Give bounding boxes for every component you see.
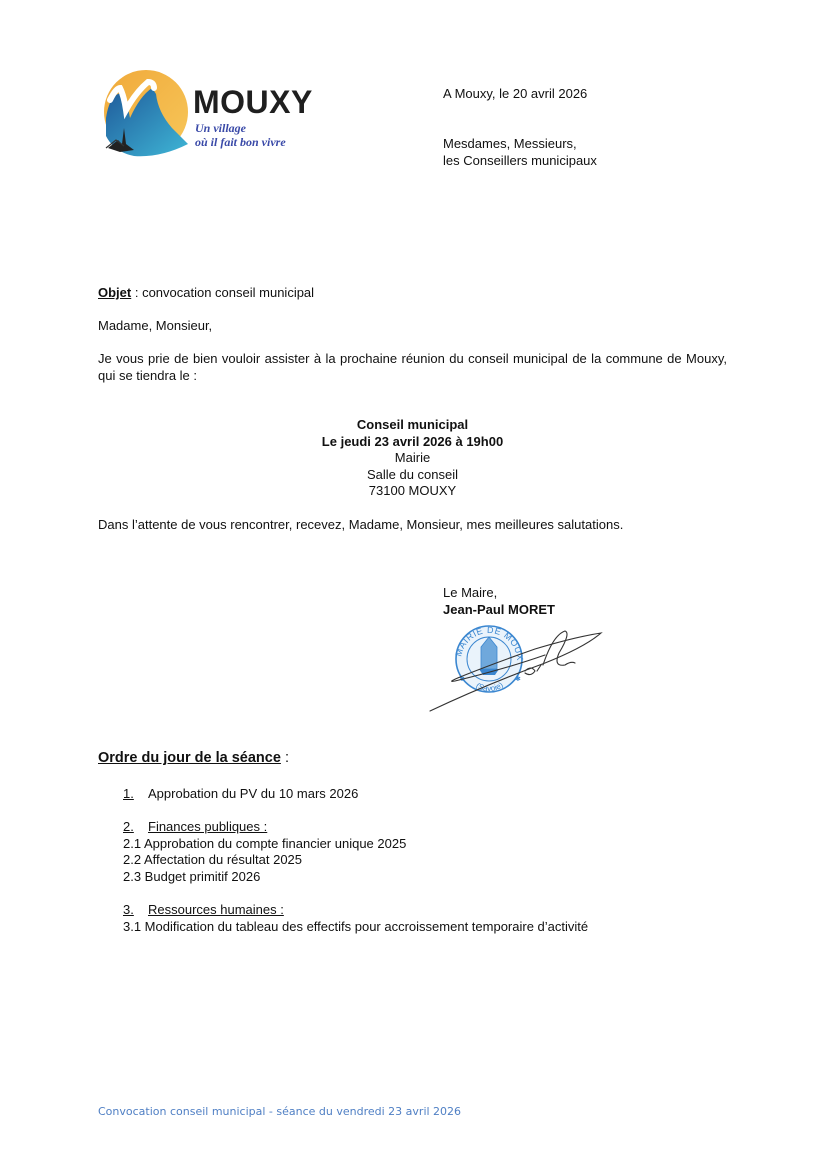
meeting-datetime: Le jeudi 23 avril 2026 à 19h00 [98, 434, 727, 451]
logo-tagline-1: Un village [195, 121, 246, 136]
intro-text: Je vous prie de bien vouloir assister à … [98, 351, 727, 384]
signer-role: Le Maire, [443, 584, 555, 601]
agenda-item-2: 2.Finances publiques : [123, 819, 267, 836]
recipients-block: Mesdames, Messieurs, les Conseillers mun… [443, 136, 597, 169]
date-line: A Mouxy, le 20 avril 2026 [443, 86, 587, 103]
signer-name: Jean-Paul MORET [443, 601, 555, 618]
meeting-place: Mairie [98, 450, 727, 467]
agenda-title: Ordre du jour de la séance : [98, 750, 289, 767]
agenda-item-number: 1. [123, 786, 148, 803]
logo-tagline-2: où il fait bon vivre [195, 135, 286, 150]
agenda-item-label: Ressources humaines : [148, 902, 284, 917]
agenda-subitem: 3.1 Modification du tableau des effectif… [123, 919, 588, 936]
mouxy-emblem-icon [100, 66, 192, 162]
mairie-stamp-icon: MAIRIE DE MOUXY (Savoie) ✱ ✱ [425, 625, 525, 693]
recipients-line-1: Mesdames, Messieurs, [443, 136, 597, 153]
agenda-item-1: 1.Approbation du PV du 10 mars 2026 [123, 786, 358, 803]
agenda-title-text: Ordre du jour de la séance [98, 750, 281, 766]
agenda-item-number: 3. [123, 902, 148, 919]
agenda-title-suffix: : [281, 750, 289, 766]
svg-text:✱: ✱ [515, 675, 521, 683]
agenda-subitem: 2.1 Approbation du compte financier uniq… [123, 836, 406, 853]
agenda-subitem: 2.3 Budget primitif 2026 [123, 869, 260, 886]
signer-block: Le Maire, Jean-Paul MORET [443, 584, 555, 618]
closing-formula: Dans l’attente de vous rencontrer, recev… [98, 517, 623, 534]
meeting-details: Conseil municipal Le jeudi 23 avril 2026… [98, 417, 727, 500]
subject-label: Objet [98, 285, 131, 300]
subject-text: : convocation conseil municipal [131, 285, 314, 300]
salutation: Madame, Monsieur, [98, 318, 212, 335]
agenda-item-3: 3.Ressources humaines : [123, 902, 284, 919]
mouxy-logo: MOUXY Un village où il fait bon vivre [100, 66, 320, 162]
intro-paragraph: Je vous prie de bien vouloir assister à … [98, 351, 727, 384]
agenda-item-number: 2. [123, 819, 148, 836]
logo-wordmark: MOUXY [193, 84, 313, 121]
stamp-and-signature: MAIRIE DE MOUXY (Savoie) ✱ ✱ [425, 625, 610, 717]
subject-line: Objet : convocation conseil municipal [98, 285, 314, 302]
meeting-title: Conseil municipal [98, 417, 727, 434]
meeting-room: Salle du conseil [98, 467, 727, 484]
agenda-item-label: Approbation du PV du 10 mars 2026 [148, 786, 358, 801]
agenda-item-label: Finances publiques : [148, 819, 267, 834]
agenda-subitem: 2.2 Affectation du résultat 2025 [123, 852, 302, 869]
page-footer: Convocation conseil municipal - séance d… [98, 1104, 461, 1121]
recipients-line-2: les Conseillers municipaux [443, 153, 597, 170]
meeting-city: 73100 MOUXY [98, 483, 727, 500]
